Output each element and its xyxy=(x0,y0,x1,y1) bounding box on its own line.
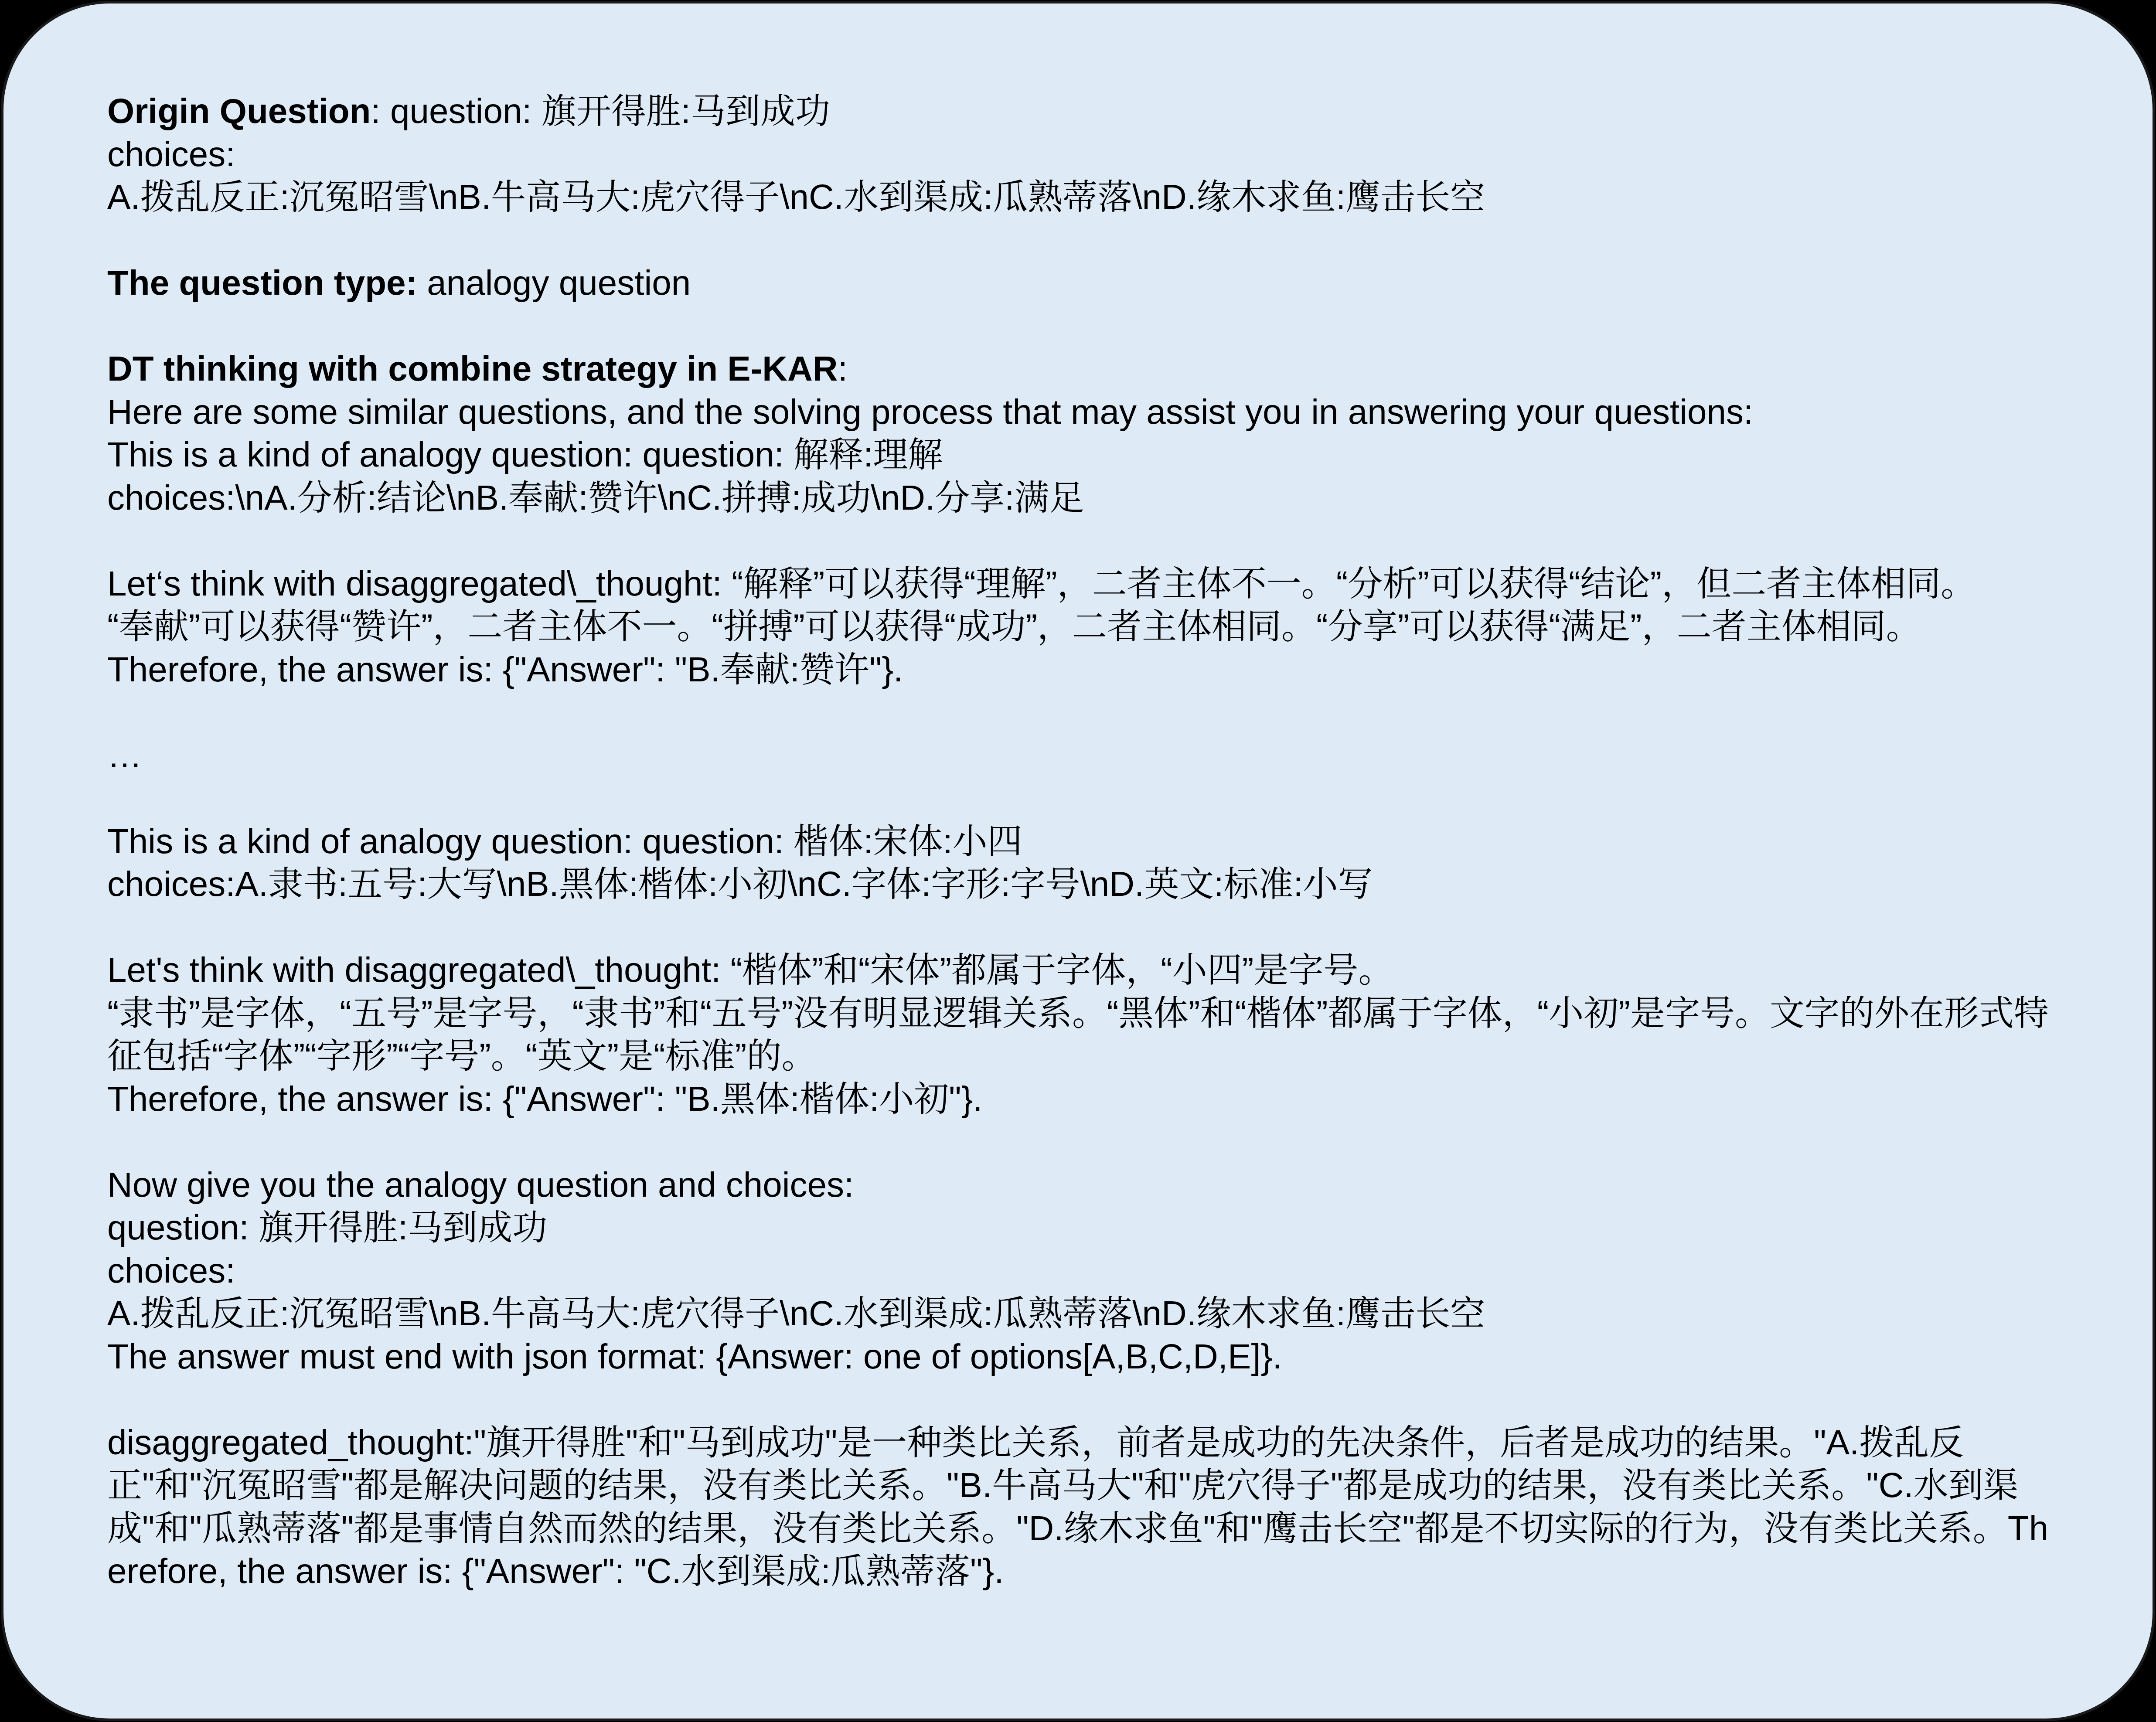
dt-section-label-suffix: : xyxy=(838,349,848,388)
question-type-value: analogy question xyxy=(417,263,691,302)
example-1-thought-2: “奉献”可以获得“赞许”，二者主体不一。“拼搏”可以获得“成功”，二者主体相同。… xyxy=(107,605,2069,648)
spacer xyxy=(107,777,2069,820)
spacer xyxy=(107,219,2069,262)
example-2-question: This is a kind of analogy question: ques… xyxy=(107,820,2069,863)
example-1-choices: choices:\nA.分析:结论\nB.奉献:赞许\nC.拼搏:成功\nD.分… xyxy=(107,476,2069,520)
question-type-label: The question type: xyxy=(107,263,417,302)
example-2-thought-1: Let's think with disaggregated\_thought:… xyxy=(107,949,2069,992)
origin-choices: A.拨乱反正:沉冤昭雪\nB.牛高马大:虎穴得子\nC.水到渠成:瓜熟蒂落\nD… xyxy=(107,176,2069,219)
spacer xyxy=(107,1378,2069,1421)
dt-section-intro: Here are some similar questions, and the… xyxy=(107,391,2069,434)
spacer xyxy=(107,691,2069,734)
dt-section-label: DT thinking with combine strategy in E-K… xyxy=(107,349,838,388)
final-format-instruction: The answer must end with json format: {A… xyxy=(107,1335,2069,1378)
ellipsis: … xyxy=(107,734,2069,777)
question-type-line: The question type: analogy question xyxy=(107,262,2069,305)
final-question: question: 旗开得胜:马到成功 xyxy=(107,1206,2069,1249)
origin-question-label: Origin Question xyxy=(107,92,371,130)
example-1-answer: Therefore, the answer is: {"Answer": "B.… xyxy=(107,648,2069,691)
model-response: disaggregated_thought:"旗开得胜"和"马到成功"是一种类比… xyxy=(107,1421,2061,1593)
final-choices-label: choices: xyxy=(107,1249,2069,1293)
spacer xyxy=(107,305,2069,348)
example-1-question: This is a kind of analogy question: ques… xyxy=(107,433,2069,476)
example-2-answer: Therefore, the answer is: {"Answer": "B.… xyxy=(107,1078,2069,1121)
example-2-thought-2: “隶书”是字体，“五号”是字号，“隶书”和“五号”没有明显逻辑关系。“黑体”和“… xyxy=(107,992,2061,1078)
spacer xyxy=(107,519,2069,562)
spacer xyxy=(107,1120,2069,1164)
prompt-content: Origin Question: question: 旗开得胜:马到成功 cho… xyxy=(107,90,2069,1593)
spacer xyxy=(107,906,2069,949)
origin-question-line: Origin Question: question: 旗开得胜:马到成功 xyxy=(107,90,2069,133)
prompt-card: Origin Question: question: 旗开得胜:马到成功 cho… xyxy=(1,1,2155,1721)
example-2-choices: choices:A.隶书:五号:大写\nB.黑体:楷体:小初\nC.字体:字形:… xyxy=(107,863,2069,906)
final-intro: Now give you the analogy question and ch… xyxy=(107,1164,2069,1207)
example-1-thought-1: Let‘s think with disaggregated\_thought:… xyxy=(107,562,2069,606)
dt-section-heading: DT thinking with combine strategy in E-K… xyxy=(107,347,2069,391)
origin-choices-label: choices: xyxy=(107,133,2069,176)
final-choices: A.拨乱反正:沉冤昭雪\nB.牛高马大:虎穴得子\nC.水到渠成:瓜熟蒂落\nD… xyxy=(107,1292,2069,1335)
origin-question-text: : question: 旗开得胜:马到成功 xyxy=(371,92,830,130)
